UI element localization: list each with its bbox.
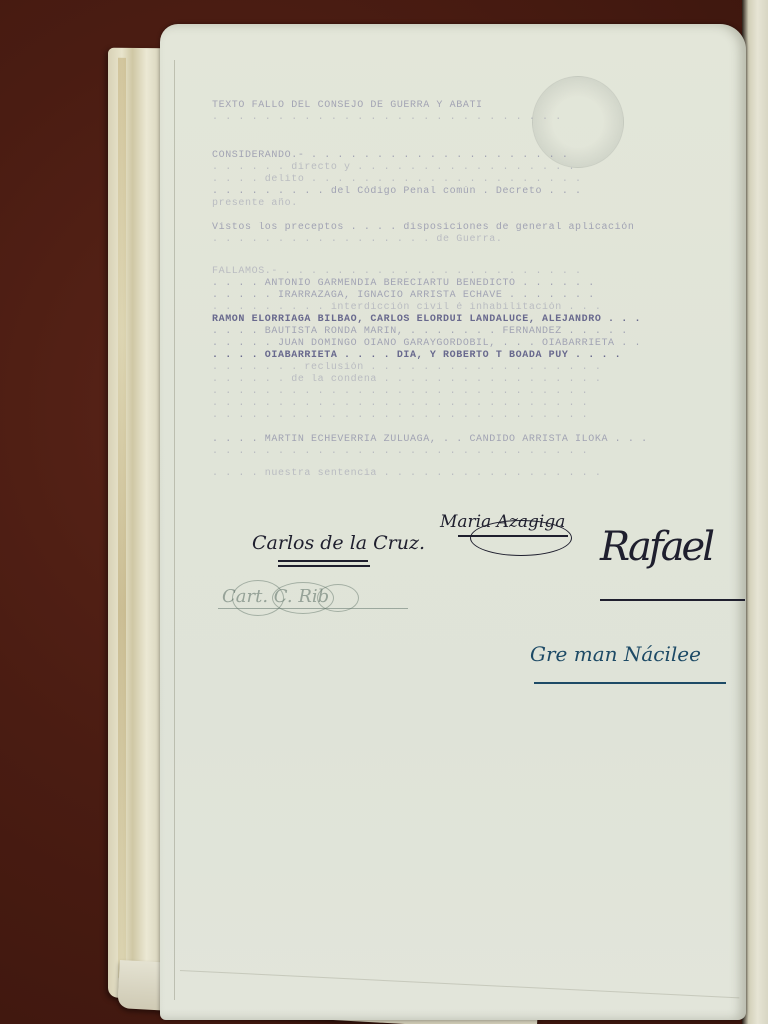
typed-line: . . . . delito . . . . . . . . . . . . .… [212, 174, 742, 185]
signature-underline [278, 560, 368, 562]
typed-line: . . . . . JUAN DOMINGO OIANO GARAYGORDOB… [212, 338, 742, 349]
typed-line: CONSIDERANDO.- . . . . . . . . . . . . .… [212, 150, 742, 161]
typed-line: TEXTO FALLO DEL CONSEJO DE GUERRA Y ABAT… [212, 100, 742, 111]
signature-underline [458, 535, 568, 537]
signature-text: Carlos de la Cruz. [252, 532, 425, 554]
photograph-scene: TEXTO FALLO DEL CONSEJO DE GUERRA Y ABAT… [0, 0, 768, 1024]
signature-underline [278, 565, 370, 567]
typed-line: . . . . . . de la condena . . . . . . . … [212, 374, 742, 385]
typed-line: . . . . nuestra sentencia . . . . . . . … [212, 468, 742, 479]
typed-line: . . . . . . . . . . . . . . . . . . . . … [212, 112, 742, 123]
page-edge-line [180, 970, 739, 998]
signature-faded-gray: Cart. C. Rib [222, 586, 329, 607]
typed-line: . . . . . . . . . del Código Penal común… [212, 186, 742, 197]
signature-underline [218, 608, 408, 609]
typed-line: . . . . . . directo y . . . . . . . . . … [212, 162, 742, 173]
typed-line: . . . . ANTONIO GARMENDIA BERECIARTU BEN… [212, 278, 742, 289]
typed-line: . . . . MARTIN ECHEVERRIA ZULUAGA, . . C… [212, 434, 742, 445]
typed-line: . . . . . . . . . . . . . . . . . . . . … [212, 386, 742, 397]
typed-line: . . . . . . . . . interdicción civil é i… [212, 302, 742, 313]
typed-line: RAMON ELORRIAGA BILBAO, CARLOS ELORDUI L… [212, 314, 742, 325]
typed-line: . . . . BAUTISTA RONDA MARIN, . . . . . … [212, 326, 742, 337]
typed-line: . . . . . . . . . . . . . . . . . . . . … [212, 446, 742, 457]
typed-line: . . . . OIABARRIETA . . . . DIA, Y ROBER… [212, 350, 742, 361]
signature-blue-ink: Gre man Nácilee [530, 642, 701, 666]
signature-maria: Maria Azagiga [440, 512, 565, 532]
signature-carlos-de-la-cruz: Carlos de la Cruz. [252, 532, 425, 554]
typed-line: . . . . . . . reclusión . . . . . . . . … [212, 362, 742, 373]
signature-underline [600, 599, 745, 601]
signature-flourish [470, 520, 572, 556]
typed-line: FALLAMOS.- . . . . . . . . . . . . . . .… [212, 266, 742, 277]
typed-line: Vistos los preceptos . . . . disposicion… [212, 222, 742, 233]
signature-text: Gre man Nácilee [530, 642, 701, 666]
typed-line: . . . . . . . . . . . . . . . . . . . . … [212, 398, 742, 409]
signature-underline [534, 682, 726, 684]
page-fold-line [174, 60, 175, 1000]
typed-line: . . . . . . . . . . . . . . . . . de Gue… [212, 234, 742, 245]
typed-line: . . . . . IRARRAZAGA, IGNACIO ARRISTA EC… [212, 290, 742, 301]
typed-line: . . . . . . . . . . . . . . . . . . . . … [212, 410, 742, 421]
typed-line: presente año. [212, 198, 742, 209]
signature-text: Rafael [600, 524, 712, 570]
document-page: TEXTO FALLO DEL CONSEJO DE GUERRA Y ABAT… [160, 24, 746, 1020]
signature-rafael: Rafael [600, 524, 712, 570]
